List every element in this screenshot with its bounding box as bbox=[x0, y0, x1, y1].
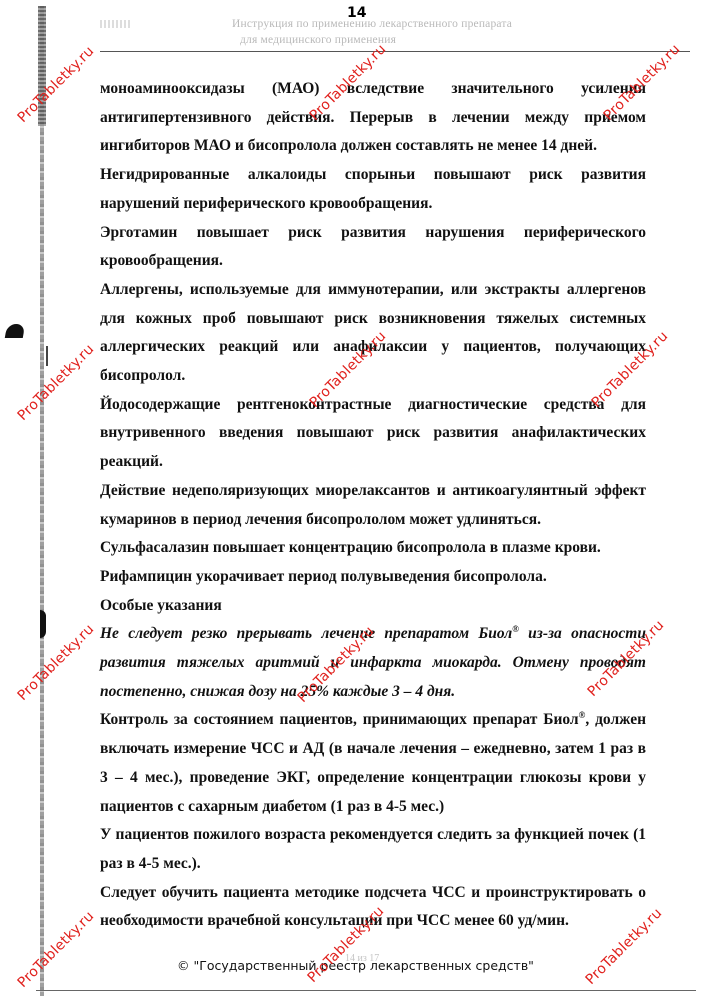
paragraph-monitoring: Контроль за состоянием пациентов, приним… bbox=[100, 706, 646, 821]
scan-artifact bbox=[46, 346, 48, 366]
registered-mark: ® bbox=[512, 624, 519, 634]
watermark: ProTabletky.ru bbox=[15, 908, 98, 991]
paragraph-muscle-relaxants: Действие недеполяризующих миорелаксантов… bbox=[100, 477, 646, 534]
warning-text-1: Не следует резко прерывать лечение препа… bbox=[100, 625, 512, 642]
running-header-line-2: для медицинского применения bbox=[232, 32, 562, 48]
watermark: ProTabletky.ru bbox=[15, 621, 98, 704]
footer-rule bbox=[36, 990, 696, 991]
paragraph-allergens: Аллергены, используемые для иммунотерапи… bbox=[100, 276, 646, 391]
header-faded-mark bbox=[100, 20, 130, 28]
paragraph-ergot-alkaloids: Негидрированные алкалоиды спорыньи повыш… bbox=[100, 161, 646, 218]
paragraph-sulfasalazine: Сульфасалазин повышает концентрацию бисо… bbox=[100, 534, 646, 563]
running-header: Инструкция по применению лекарственного … bbox=[232, 16, 562, 48]
header-rule bbox=[100, 51, 690, 52]
paragraph-elderly: У пациентов пожилого возраста рекомендуе… bbox=[100, 821, 646, 878]
scan-artifact bbox=[5, 324, 25, 338]
paragraph-withdrawal-warning: Не следует резко прерывать лечение препа… bbox=[100, 620, 646, 706]
section-heading-special-instructions: Особые указания bbox=[100, 592, 646, 621]
watermark: ProTabletky.ru bbox=[15, 341, 98, 424]
scan-edge-shadow-top bbox=[38, 6, 46, 126]
document-body: моноаминооксидазы (МАО) вследствие значи… bbox=[100, 75, 646, 936]
copyright-notice: © "Государственный реестр лекарственных … bbox=[177, 958, 534, 973]
running-header-line-1: Инструкция по применению лекарственного … bbox=[232, 16, 562, 32]
paragraph-iodine-contrast: Йодосодержащие рентгеноконтрастные диагн… bbox=[100, 391, 646, 477]
paragraph-mao: моноаминооксидазы (МАО) вследствие значи… bbox=[100, 75, 646, 161]
paragraph-rifampicin: Рифампицин укорачивает период полувыведе… bbox=[100, 563, 646, 592]
paragraph-ergotamine: Эрготамин повышает риск развития нарушен… bbox=[100, 219, 646, 276]
scan-artifact bbox=[40, 610, 46, 638]
watermark: ProTabletky.ru bbox=[15, 43, 98, 126]
monitoring-text-1: Контроль за состоянием пациентов, приним… bbox=[100, 711, 579, 728]
paragraph-training: Следует обучить пациента методике подсче… bbox=[100, 879, 646, 936]
scan-edge-shadow bbox=[40, 6, 44, 996]
